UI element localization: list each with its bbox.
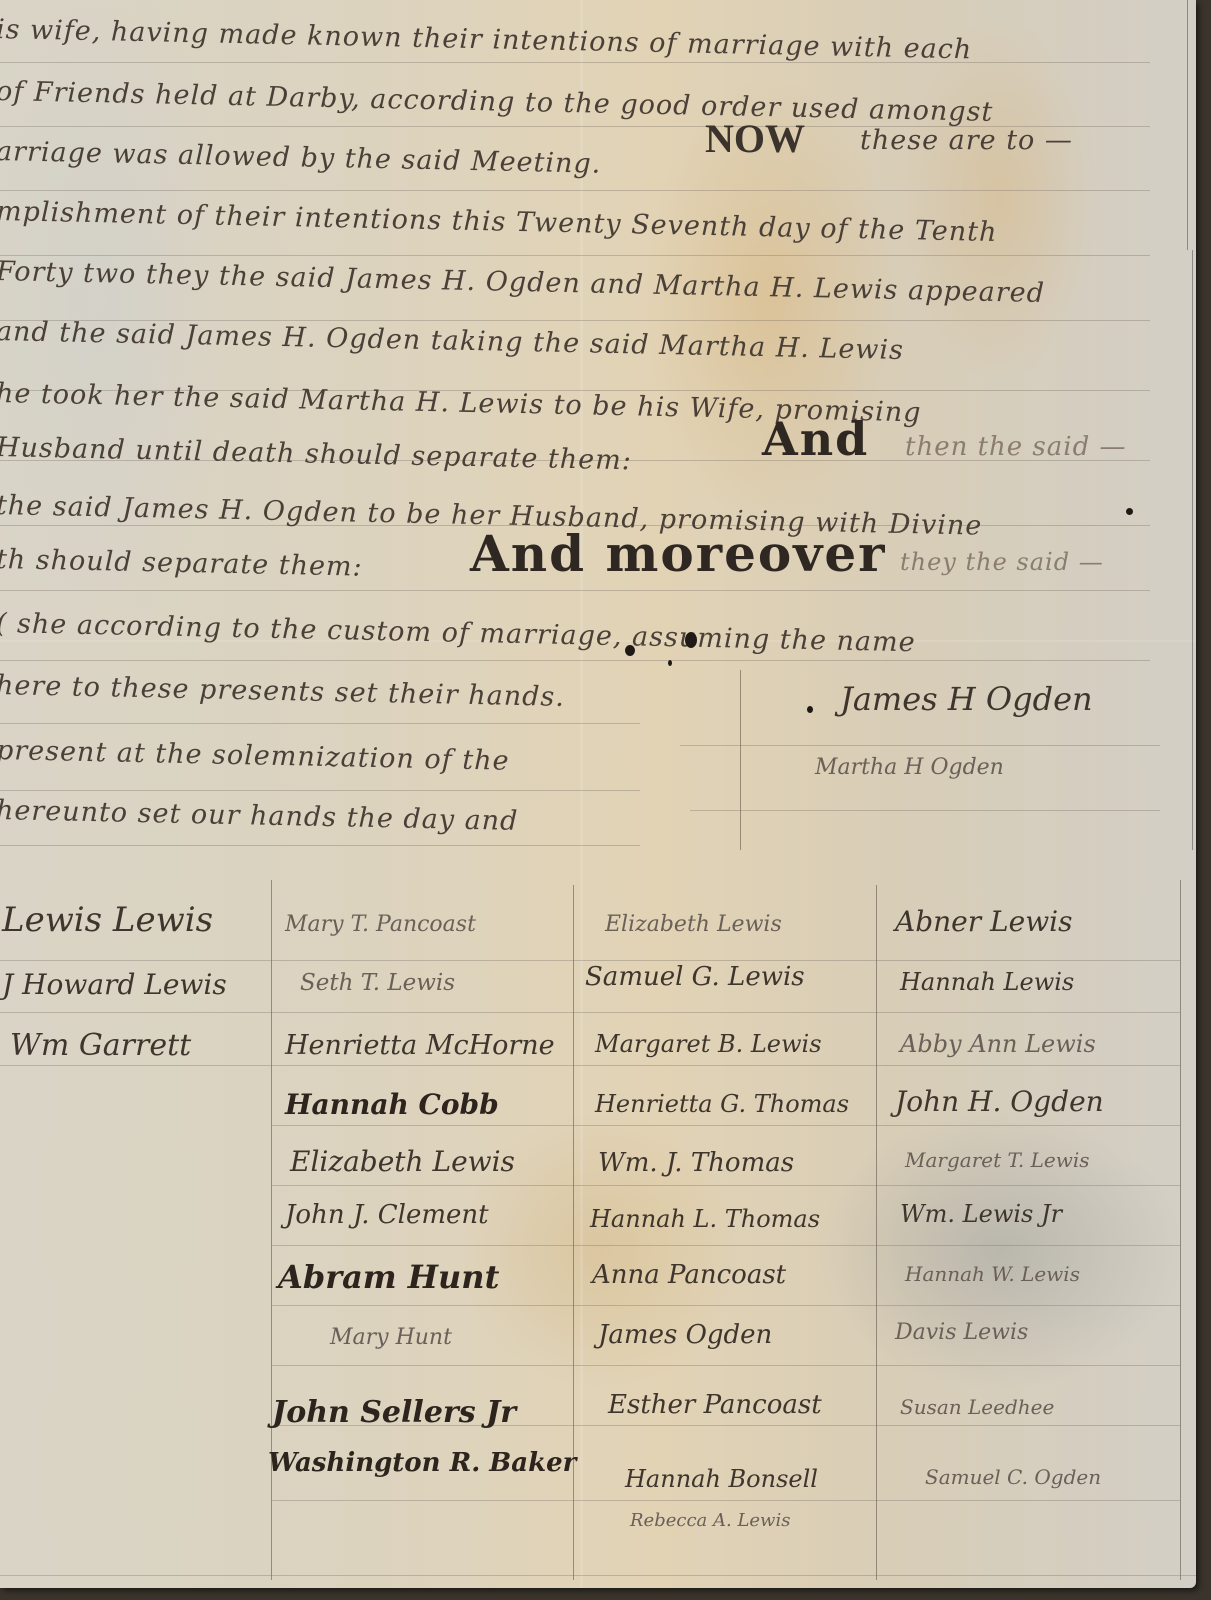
witness-signature: J Howard Lewis — [2, 968, 227, 1001]
and-heading: And — [762, 412, 869, 466]
witness-signature: Samuel G. Lewis — [585, 962, 805, 992]
witness-signature: John Sellers Jr — [272, 1395, 516, 1430]
signature-box-divider — [740, 670, 741, 850]
witness-signature: Susan Leedhee — [900, 1395, 1054, 1419]
body-line-11: ( she according to the custom of marriag… — [0, 608, 916, 658]
ruled-line — [0, 190, 1150, 191]
witness-signature: Washington R. Baker — [268, 1448, 576, 1478]
witness-signature: Mary Hunt — [330, 1325, 452, 1350]
ink-blot — [685, 632, 697, 648]
witness-signature: Anna Pancoast — [592, 1260, 786, 1290]
body-line-5: Forty two they the said James H. Ogden a… — [0, 256, 1045, 309]
body-line-6: and the said James H. Ogden taking the s… — [0, 316, 904, 366]
ink-blot — [807, 706, 813, 713]
now-tail: these are to — — [860, 125, 1073, 156]
body-line-4: mplishment of their intentions this Twen… — [0, 196, 998, 248]
ink-blot — [625, 645, 635, 656]
ruled-line — [0, 660, 1150, 661]
body-line-8: Husband until death should separate them… — [0, 432, 632, 476]
witness-row-line — [272, 1185, 1180, 1186]
witness-row-line — [272, 1245, 1180, 1246]
body-line-1: is wife, having made known their intenti… — [0, 14, 973, 65]
and-moreover-heading: And moreover — [470, 524, 886, 583]
witness-row-line — [272, 1365, 1180, 1366]
ruled-line — [0, 255, 1150, 256]
witness-signature: Davis Lewis — [895, 1320, 1028, 1345]
now-heading: NOW — [705, 115, 805, 162]
witness-signature: John H. Ogden — [895, 1085, 1104, 1118]
witness-signature: Rebecca A. Lewis — [630, 1510, 790, 1531]
body-line-12: here to these presents set their hands. — [0, 670, 565, 713]
ruled-line — [0, 790, 640, 791]
witness-signature: Hannah Bonsell — [625, 1465, 818, 1493]
witness-signature: Hannah W. Lewis — [905, 1262, 1080, 1286]
witness-signature: James Ogden — [598, 1320, 772, 1350]
witness-signature: Elizabeth Lewis — [605, 912, 782, 937]
body-line-14: hereunto set our hands the day and — [0, 795, 519, 837]
ruled-line — [0, 590, 1150, 591]
body-line-2: of Friends held at Darby, according to t… — [0, 76, 994, 128]
witness-signature: John J. Clement — [285, 1200, 489, 1230]
witness-signature: Wm. J. Thomas — [598, 1148, 794, 1178]
witness-signature: Samuel C. Ogden — [925, 1465, 1101, 1489]
witness-column-divider — [876, 885, 877, 1580]
witness-row-line — [272, 1500, 1180, 1501]
witness-column-divider — [1180, 880, 1181, 1580]
witness-signature: Seth T. Lewis — [300, 970, 455, 996]
ruled-line — [0, 723, 640, 724]
witness-signature: Wm Garrett — [10, 1028, 191, 1063]
bride-signature: Martha H Ogden — [815, 755, 1004, 780]
signature-line — [680, 745, 1160, 746]
body-line-13: present at the solemnization of the — [0, 735, 510, 777]
signature-line — [690, 810, 1160, 811]
witness-signature: Margaret T. Lewis — [905, 1148, 1090, 1172]
body-line-10: th should separate them: — [0, 544, 363, 583]
witness-signature: Elizabeth Lewis — [290, 1145, 515, 1178]
groom-signature: James H Ogden — [840, 680, 1093, 718]
witness-signature: Margaret B. Lewis — [595, 1030, 822, 1058]
witness-signature: Henrietta McHorne — [285, 1030, 555, 1061]
margin-rule — [1192, 250, 1193, 850]
witness-signature: Abner Lewis — [895, 905, 1073, 938]
and-tail: then the said — — [905, 432, 1127, 462]
ruled-line — [0, 62, 1150, 63]
witness-signature: Hannah Cobb — [285, 1088, 499, 1121]
witness-row-line — [0, 1012, 1180, 1013]
witness-signature: Henrietta G. Thomas — [595, 1090, 849, 1118]
marriage-certificate-page: is wife, having made known their intenti… — [0, 0, 1196, 1588]
page-bottom-rule — [0, 1575, 1196, 1576]
ink-blot — [1126, 508, 1133, 515]
body-line-3: arriage was allowed by the said Meeting. — [0, 136, 602, 180]
ink-blot — [668, 660, 672, 666]
witness-row-line — [0, 960, 1180, 961]
witness-signature: Abby Ann Lewis — [900, 1030, 1096, 1058]
witness-signature: Wm. Lewis Jr — [900, 1200, 1062, 1228]
margin-rule — [1187, 0, 1188, 250]
witness-row-line — [0, 1065, 1180, 1066]
witness-row-line — [272, 1125, 1180, 1126]
witness-signature: Mary T. Pancoast — [285, 912, 476, 937]
witness-row-line — [272, 1305, 1180, 1306]
witness-signature: Hannah Lewis — [900, 968, 1074, 996]
witness-signature: Hannah L. Thomas — [590, 1205, 820, 1233]
witness-signature: Lewis Lewis — [2, 900, 213, 940]
witness-signature: Esther Pancoast — [608, 1390, 822, 1420]
and-moreover-tail: they the said — — [900, 548, 1104, 576]
ruled-line — [0, 845, 640, 846]
witness-signature: Abram Hunt — [278, 1258, 499, 1296]
